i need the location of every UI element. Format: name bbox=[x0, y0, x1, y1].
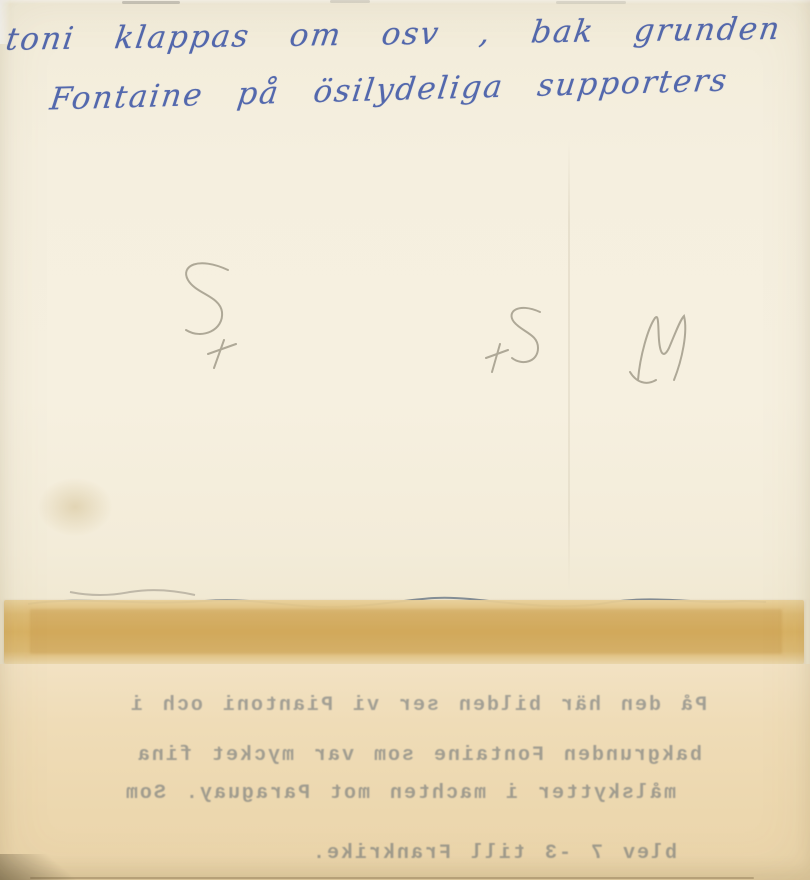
handwriting-line-2: Fontaine på ösilydeliga supporters bbox=[48, 62, 731, 117]
pencil-scribble-zigzag-icon bbox=[622, 306, 707, 396]
caption-bleed-area: På den här bilden ser vi Piantoni och i … bbox=[0, 664, 810, 880]
scan-edge-smudge bbox=[556, 1, 626, 4]
photo-back-scan: { "handwriting": { "ink_color": "#3d56a7… bbox=[0, 0, 810, 880]
mirrored-caption-line-1: På den här bilden ser vi Piantoni och i bbox=[129, 694, 707, 717]
mirrored-typewriter-text: På den här bilden ser vi Piantoni och i … bbox=[0, 664, 810, 880]
pencil-scribble-s-plus-icon bbox=[150, 256, 270, 371]
paper-stain bbox=[38, 478, 112, 536]
paper-crease bbox=[568, 140, 570, 590]
tape-strip bbox=[4, 600, 804, 664]
tape-inner-shade bbox=[30, 609, 782, 654]
scan-edge-smudge bbox=[330, 0, 370, 3]
pencil-scribble-small-s-plus-icon bbox=[478, 300, 573, 390]
handwriting-line-1: toni klappas om osv , bak grunden . bbox=[3, 10, 810, 58]
mirrored-caption-line-2: bakgrunden Fontaine som var mycket fina bbox=[136, 744, 702, 767]
mirrored-caption-line-4: blev 7 -3 till Frankrike. bbox=[311, 842, 677, 865]
mirrored-caption-line-3: målskytter i machten mot Paraguay. Som bbox=[124, 782, 676, 805]
bottom-edge-shadow bbox=[30, 877, 754, 879]
scan-edge-smudge bbox=[122, 1, 180, 4]
